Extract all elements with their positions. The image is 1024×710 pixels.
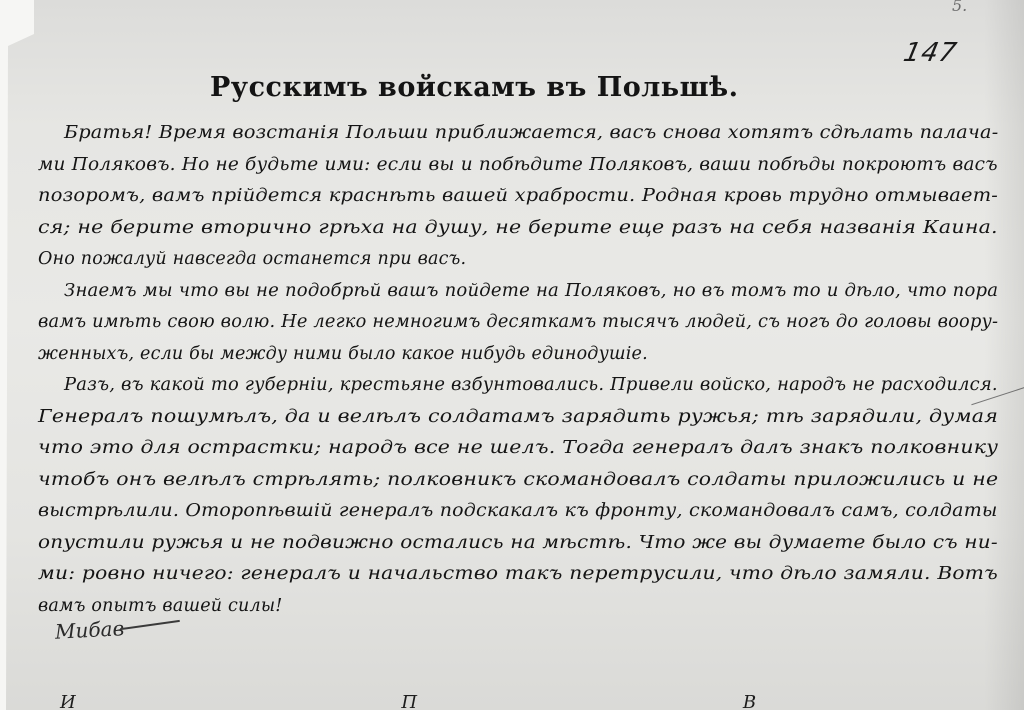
text-line: что это для острастки; народъ все не шел… <box>38 433 1013 465</box>
document-title: Русскимъ войскамъ въ Польшѣ. <box>210 72 739 103</box>
text-line: ми: ровно ничего: генералъ и начальство … <box>38 559 1013 591</box>
text-line: Братья! Время возстанія Польши приближае… <box>38 118 1013 150</box>
text-line: Знаемъ мы что вы не подобрѣй вашъ пойдет… <box>38 276 1013 308</box>
folio-number: 147 <box>901 38 960 68</box>
document-body: Братья! Время возстанія Польши приближае… <box>38 118 1013 622</box>
text-line: чтобъ онъ велѣлъ стрѣлять; полковникъ ск… <box>38 465 1013 497</box>
text-line: Генералъ пошумѣлъ, да и велѣлъ солдатамъ… <box>38 402 1013 434</box>
text-line: женныхъ, если бы между ними было какое н… <box>38 339 1013 371</box>
text-line: вамъ имѣть свою волю. Не легко немногимъ… <box>38 307 1013 339</box>
text-line: позоромъ, вамъ прійдется краснѣть вашей … <box>38 181 1013 213</box>
text-line: опустили ружья и не подвижно остались на… <box>38 528 1013 560</box>
archive-mark: 5. <box>952 0 967 15</box>
text-line: ми Поляковъ. Но не будьте ими: если вы и… <box>38 150 1013 182</box>
text-line: Разъ, въ какой то губерніи, крестьяне вз… <box>38 370 1013 402</box>
cut-off-next-line: И П В <box>60 692 916 710</box>
text-line: выстрѣлили. Оторопѣвшій генералъ подскак… <box>38 496 1013 528</box>
manuscript-page: 5. 147 Русскимъ войскамъ въ Польшѣ. Брат… <box>0 0 1024 710</box>
text-line: ся; не берите вторично грѣха на душу, не… <box>38 213 1013 245</box>
text-line: Оно пожалуй навсегда останется при васъ. <box>38 244 1013 276</box>
marginal-note: Мибав <box>54 616 124 644</box>
text-line: вамъ опытъ вашей силы! <box>38 591 1013 623</box>
